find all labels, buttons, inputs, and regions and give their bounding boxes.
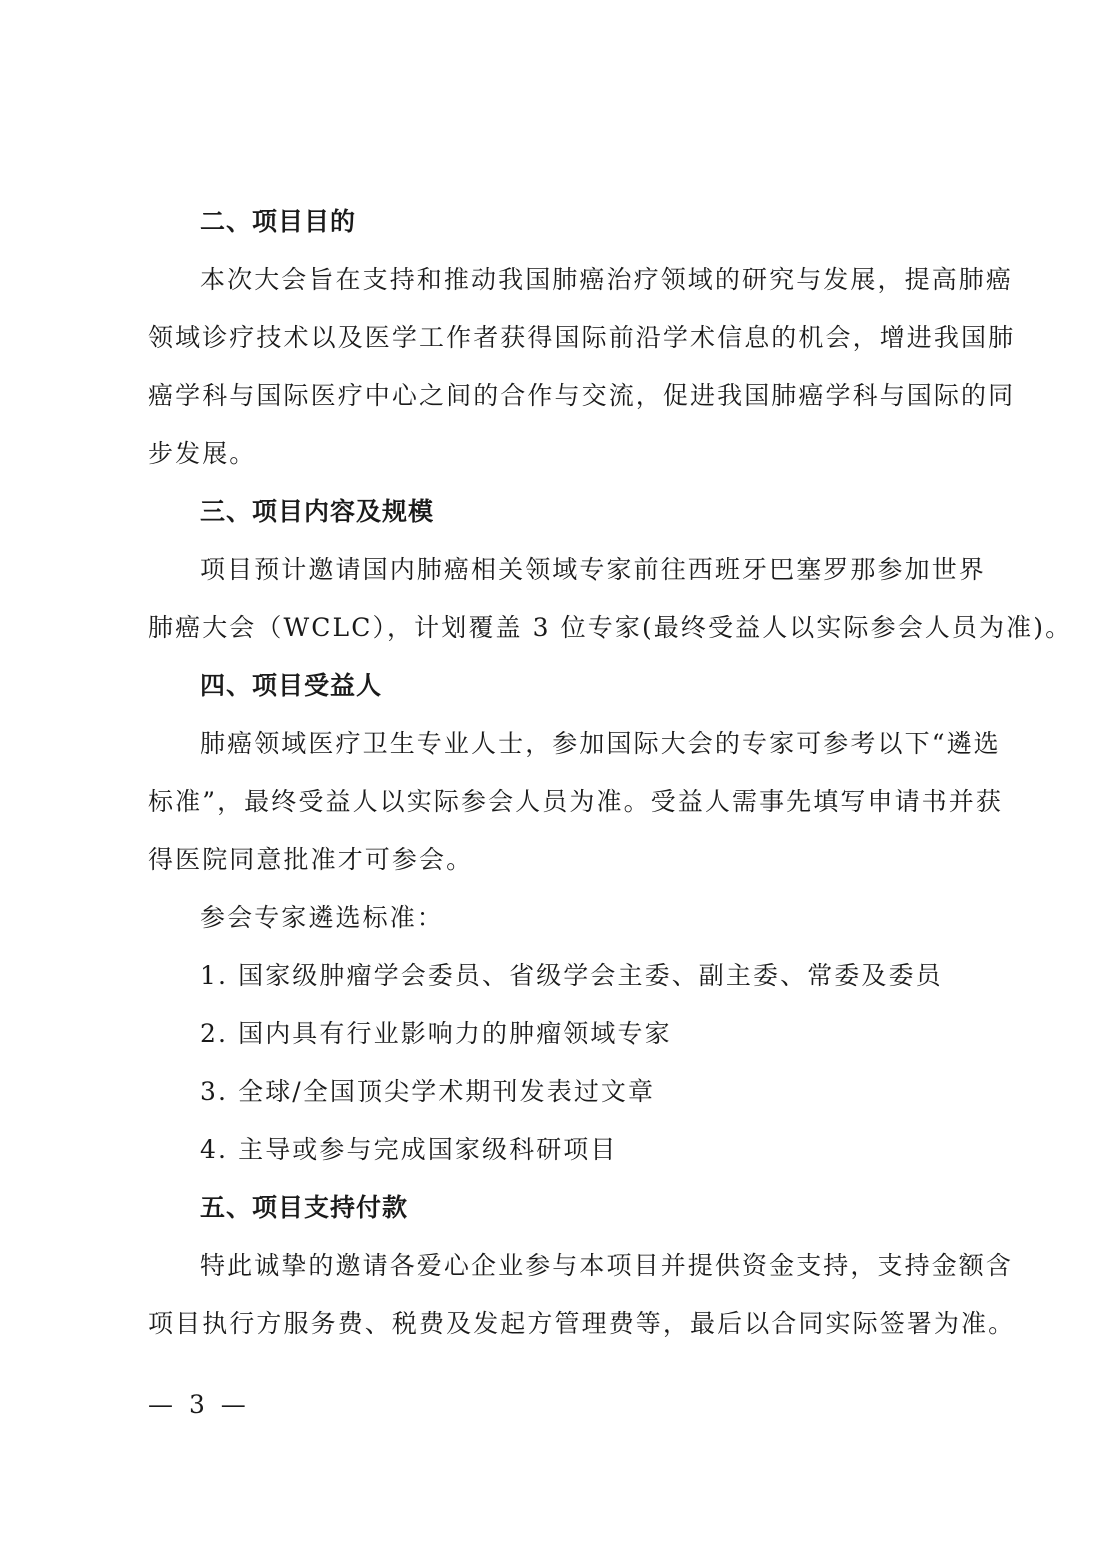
section-heading-content-scale: 三、项目内容及规模 bbox=[200, 490, 434, 534]
section-heading-beneficiaries: 四、项目受益人 bbox=[200, 664, 382, 708]
section-heading-payment: 五、项目支持付款 bbox=[200, 1186, 408, 1230]
paragraph-line: 特此诚挚的邀请各爱心企业参与本项目并提供资金支持，支持金额含 bbox=[200, 1244, 1013, 1288]
criteria-item: 1. 国家级肿瘤学会委员、省级学会主委、副主委、常委及委员 bbox=[200, 954, 943, 998]
criteria-intro: 参会专家遴选标准： bbox=[200, 896, 444, 940]
criteria-item: 2. 国内具有行业影响力的肿瘤领域专家 bbox=[200, 1012, 672, 1056]
paragraph-line: 步发展。 bbox=[148, 432, 256, 476]
paragraph-line: 领域诊疗技术以及医学工作者获得国际前沿学术信息的机会，增进我国肺 bbox=[148, 316, 1015, 360]
section-heading-purpose: 二、项目目的 bbox=[200, 200, 356, 244]
paragraph-line: 本次大会旨在支持和推动我国肺癌治疗领域的研究与发展，提高肺癌 bbox=[200, 258, 1013, 302]
paragraph-line: 项目执行方服务费、税费及发起方管理费等，最后以合同实际签署为准。 bbox=[148, 1302, 1015, 1346]
paragraph-line: 标准”，最终受益人以实际参会人员为准。受益人需事先填写申请书并获 bbox=[148, 780, 1003, 824]
paragraph-line: 肺癌领域医疗卫生专业人士，参加国际大会的专家可参考以下“遴选 bbox=[200, 722, 1001, 766]
paragraph-line: 项目预计邀请国内肺癌相关领域专家前往西班牙巴塞罗那参加世界 bbox=[200, 548, 986, 592]
paragraph-line: 癌学科与国际医疗中心之间的合作与交流，促进我国肺癌学科与国际的同 bbox=[148, 374, 1015, 418]
paragraph-line: 肺癌大会（WCLC），计划覆盖 3 位专家(最终受益人以实际参会人员为准)。 bbox=[148, 606, 1072, 650]
paragraph-line: 得医院同意批准才可参会。 bbox=[148, 838, 473, 882]
page-number: — 3 — bbox=[148, 1383, 250, 1427]
criteria-item: 4. 主导或参与完成国家级科研项目 bbox=[200, 1128, 618, 1172]
criteria-item: 3. 全球/全国顶尖学术期刊发表过文章 bbox=[200, 1070, 655, 1114]
